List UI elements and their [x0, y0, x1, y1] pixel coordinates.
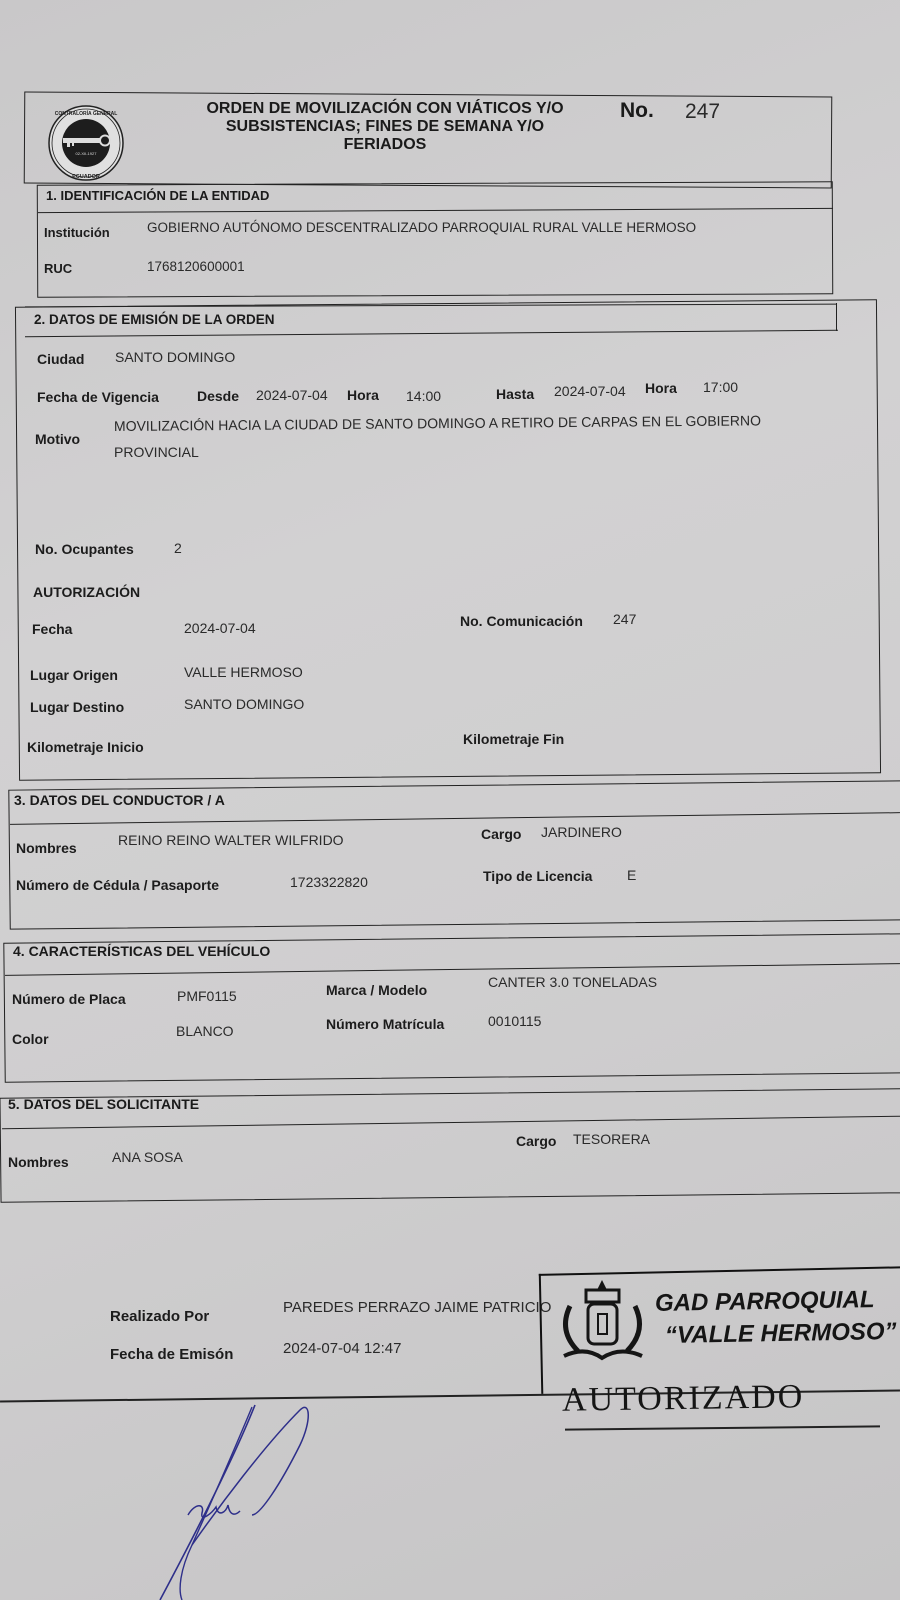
fecha-emision-label: Fecha de Emisón	[110, 1346, 233, 1363]
motivo-value-line-2: PROVINCIAL	[114, 444, 199, 460]
section-2-frame	[15, 299, 881, 781]
marca-value: CANTER 3.0 TONELADAS	[488, 974, 657, 990]
document-title: ORDEN DE MOVILIZACIÓN CON VIÁTICOS Y/O S…	[170, 100, 600, 154]
lugar-origen-label: Lugar Origen	[30, 667, 118, 683]
cedula-label: Número de Cédula / Pasaporte	[16, 877, 219, 893]
comunicacion-label: No. Comunicación	[460, 613, 583, 629]
solicitante-cargo-label: Cargo	[516, 1133, 556, 1149]
stamp-line-1: GAD PARROQUIAL	[655, 1286, 875, 1318]
matricula-value: 0010115	[488, 1013, 541, 1029]
conductor-cargo-label: Cargo	[481, 826, 521, 842]
autorizacion-fecha-value: 2024-07-04	[184, 620, 256, 636]
fecha-emision-value: 2024-07-04 12:47	[283, 1340, 401, 1357]
stamp-authorized-text: AUTORIZADO	[562, 1378, 805, 1419]
hora-hasta-label: Hora	[645, 380, 677, 396]
lugar-destino-value: SANTO DOMINGO	[184, 696, 304, 712]
title-line-2: SUBSISTENCIAS; FINES DE SEMANA Y/O	[170, 118, 600, 136]
desde-label: Desde	[197, 388, 239, 404]
hasta-value: 2024-07-04	[554, 383, 626, 399]
hasta-label: Hasta	[496, 386, 534, 402]
placa-label: Número de Placa	[12, 991, 126, 1007]
realizado-por-value: PAREDES PERRAZO JAIME PATRICIO	[283, 1299, 551, 1316]
solicitante-nombres-value: ANA SOSA	[112, 1149, 183, 1165]
conductor-nombres-value: REINO REINO WALTER WILFRIDO	[118, 832, 344, 848]
ocupantes-value: 2	[174, 540, 182, 556]
ruc-label: RUC	[44, 261, 72, 276]
kilometraje-inicio-label: Kilometraje Inicio	[27, 739, 144, 755]
color-value: BLANCO	[176, 1023, 234, 1039]
order-number-label: No.	[620, 99, 654, 123]
marca-label: Marca / Modelo	[326, 982, 427, 998]
cedula-value: 1723322820	[290, 874, 368, 890]
conductor-nombres-label: Nombres	[16, 840, 77, 856]
solicitante-nombres-label: Nombres	[8, 1154, 69, 1170]
placa-value: PMF0115	[177, 988, 237, 1004]
institucion-label: Institución	[44, 225, 110, 240]
section-1-title: 1. IDENTIFICACIÓN DE LA ENTIDAD	[46, 188, 269, 203]
section-5-title: 5. DATOS DEL SOLICITANTE	[8, 1096, 199, 1112]
contraloria-seal-icon: 02-XII-1927 CONTRALORÍA GENERAL ECUADOR	[33, 103, 139, 183]
svg-text:CONTRALORÍA GENERAL: CONTRALORÍA GENERAL	[55, 109, 118, 117]
section-2-inner-right	[836, 303, 837, 331]
autorizacion-heading: AUTORIZACIÓN	[33, 584, 140, 600]
lugar-origen-value: VALLE HERMOSO	[184, 664, 303, 680]
ciudad-value: SANTO DOMINGO	[115, 349, 235, 365]
stamp-underline	[565, 1425, 880, 1430]
section-2-title: 2. DATOS DE EMISIÓN DE LA ORDEN	[34, 312, 275, 327]
motivo-label: Motivo	[35, 431, 80, 447]
color-label: Color	[12, 1031, 49, 1047]
hora-hasta-value: 17:00	[703, 379, 738, 395]
licencia-label: Tipo de Licencia	[483, 868, 592, 884]
comunicacion-value: 247	[613, 611, 636, 627]
title-line-1: ORDEN DE MOVILIZACIÓN CON VIÁTICOS Y/O	[170, 100, 600, 118]
kilometraje-fin-label: Kilometraje Fin	[463, 731, 564, 747]
svg-text:ECUADOR: ECUADOR	[72, 174, 100, 180]
matricula-label: Número Matrícula	[326, 1016, 444, 1032]
solicitante-cargo-value: TESORERA	[573, 1131, 650, 1147]
hora-desde-value: 14:00	[406, 388, 441, 404]
ruc-value: 1768120600001	[147, 259, 245, 274]
stamp-line-2: “VALLE HERMOSO”	[665, 1318, 897, 1350]
conductor-cargo-value: JARDINERO	[541, 824, 622, 840]
coat-of-arms-icon	[550, 1276, 655, 1368]
title-line-3: FERIADOS	[170, 136, 600, 154]
ciudad-label: Ciudad	[37, 351, 84, 367]
order-number-value: 247	[685, 100, 720, 124]
licencia-value: E	[627, 867, 636, 883]
lugar-destino-label: Lugar Destino	[30, 699, 124, 715]
desde-value: 2024-07-04	[256, 387, 328, 403]
autorizacion-fecha-label: Fecha	[32, 621, 72, 637]
realizado-por-label: Realizado Por	[110, 1308, 209, 1325]
section-3-title: 3. DATOS DEL CONDUCTOR / A	[14, 792, 225, 808]
handwritten-signature-icon	[140, 1385, 340, 1600]
svg-text:02-XII-1927: 02-XII-1927	[76, 151, 98, 156]
section-4-title: 4. CARACTERÍSTICAS DEL VEHÍCULO	[13, 943, 270, 959]
hora-desde-label: Hora	[347, 387, 379, 403]
ocupantes-label: No. Ocupantes	[35, 541, 134, 557]
institucion-value: GOBIERNO AUTÓNOMO DESCENTRALIZADO PARROQ…	[147, 220, 696, 235]
vigencia-label: Fecha de Vigencia	[37, 389, 159, 405]
